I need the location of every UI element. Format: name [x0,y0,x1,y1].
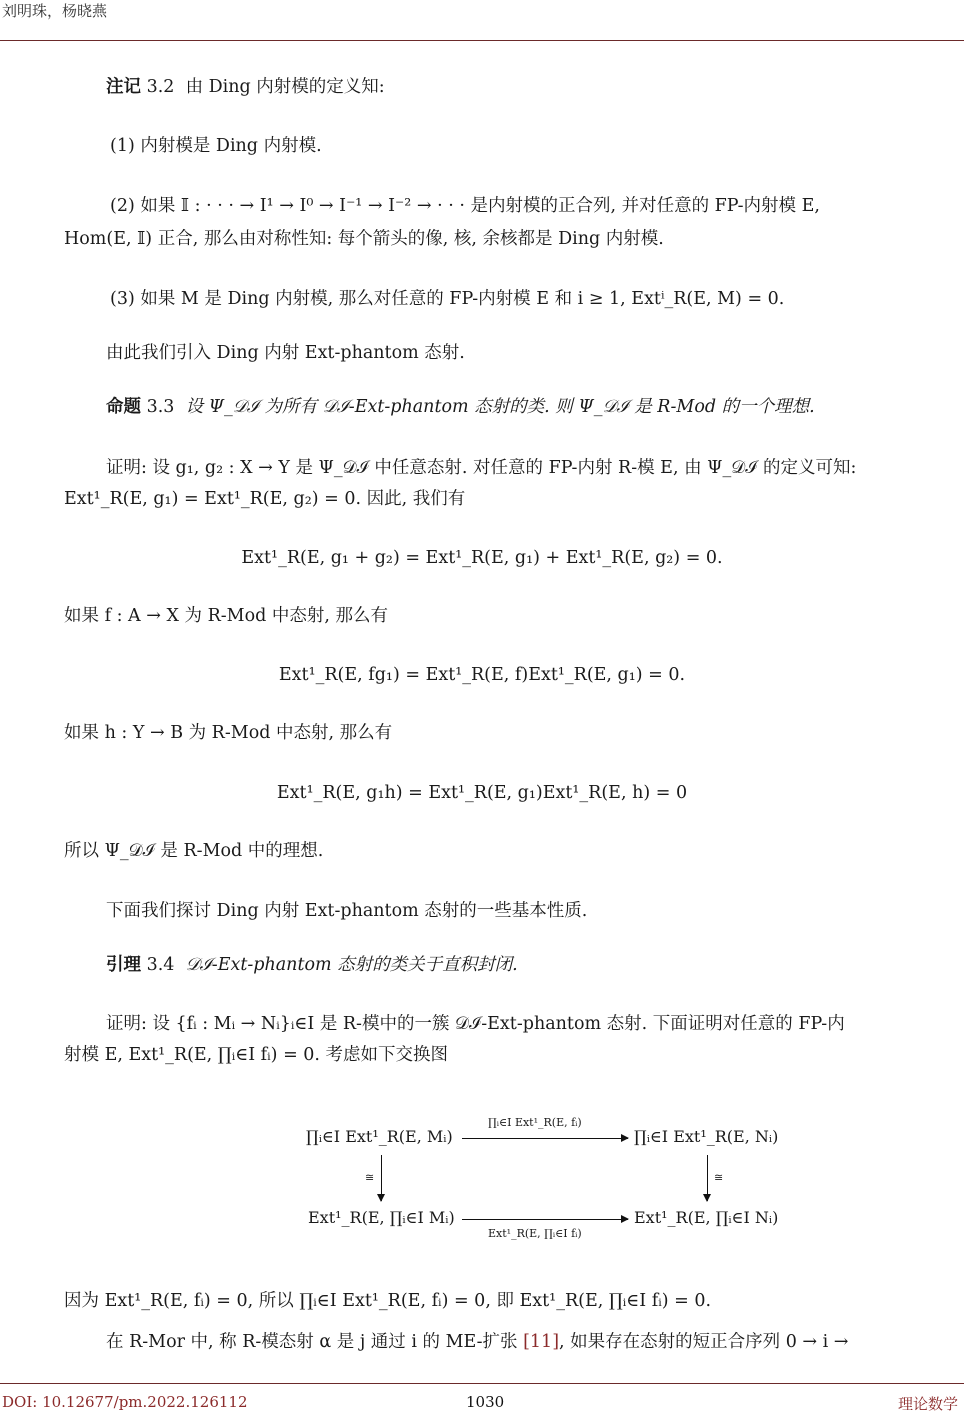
equation-left-composition: Ext¹_R(E, fg₁) = Ext¹_R(E, f)Ext¹_R(E, g… [0,662,964,688]
remark-number: 3.2 [147,77,175,97]
diagram-bottom-arrow-label: Ext¹_R(E, ∏ᵢ∈I fᵢ) [488,1227,582,1240]
lemma-number: 3.4 [147,955,175,975]
proof-2-conclusion: 因为 Ext¹_R(E, fᵢ) = 0, 所以 ∏ᵢ∈I Ext¹_R(E, … [64,1288,711,1314]
proof-2-line-1: 证明: 设 {fᵢ : Mᵢ → Nᵢ}ᵢ∈I 是 R-模中的一簇 𝒟ℐ-Ext… [106,1011,845,1037]
proposition-label: 命题 [106,397,141,417]
diagram-right-arrow [707,1155,708,1201]
proposition-number: 3.3 [147,397,175,417]
diagram-left-arrow [381,1155,382,1201]
footer-rule [0,1383,964,1384]
last-paragraph-text-2: , 如果存在态射的短正合序列 0 → i → [559,1332,848,1352]
last-paragraph-text-1: 在 R-Mor 中, 称 R-模态射 α 是 j 通过 i 的 ME-扩张 [106,1332,523,1352]
remark-label: 注记 [106,77,141,97]
diagram-top-left: ∏ᵢ∈I Ext¹_R(E, Mᵢ) [306,1127,453,1146]
remark-item-2-line-2: Hom(E, 𝕀) 正合, 那么由对称性知: 每个箭头的像, 核, 余核都是 D… [64,226,664,252]
header-rule [0,40,964,41]
intro-paragraph: 由此我们引入 Ding 内射 Ext-phantom 态射. [106,340,465,366]
proof-1-line-1: 证明: 设 g₁, g₂ : X → Y 是 Ψ_𝒟ℐ 中任意态射. 对任意的 … [106,455,856,481]
remark-item-1: (1) 内射模是 Ding 内射模. [110,133,322,159]
diagram-top-arrow-label: ∏ᵢ∈I Ext¹_R(E, fᵢ) [488,1116,582,1129]
footer-page-number: 1030 [466,1393,504,1411]
lemma-3-4: 引理 3.4 𝒟ℐ-Ext-phantom 态射的类关于直积封闭. [106,952,518,978]
discussion-paragraph: 下面我们探讨 Ding 内射 Ext-phantom 态射的一些基本性质. [106,898,587,924]
proof-1-text-f: 如果 f : A → X 为 R-Mod 中态射, 那么有 [64,603,388,629]
remark-intro: 由 Ding 内射模的定义知: [186,77,385,97]
diagram-top-arrow [462,1138,628,1139]
lemma-label: 引理 [106,955,141,975]
remark-3-2-heading: 注记 3.2 由 Ding 内射模的定义知: [106,74,385,100]
proposition-3-3: 命题 3.3 设 Ψ_𝒟ℐ 为所有 𝒟ℐ-Ext-phantom 态射的类. 则… [106,394,815,420]
diagram-bottom-arrow [462,1219,628,1220]
equation-sum: Ext¹_R(E, g₁ + g₂) = Ext¹_R(E, g₁) + Ext… [0,545,964,571]
footer-journal-name: 理论数学 [898,1393,958,1414]
citation-link-11[interactable]: [11] [523,1332,559,1352]
diagram-left-iso-label: ≅ [365,1171,374,1184]
last-paragraph: 在 R-Mor 中, 称 R-模态射 α 是 j 通过 i 的 ME-扩张 [1… [106,1329,848,1355]
proof-1-line-2: Ext¹_R(E, g₁) = Ext¹_R(E, g₂) = 0. 因此, 我… [64,486,465,512]
remark-item-2-line-1: (2) 如果 𝕀 : · · · → I¹ → I⁰ → I⁻¹ → I⁻² →… [110,193,820,219]
diagram-bottom-right: Ext¹_R(E, ∏ᵢ∈I Nᵢ) [634,1208,778,1227]
equation-right-composition: Ext¹_R(E, g₁h) = Ext¹_R(E, g₁)Ext¹_R(E, … [0,780,964,806]
remark-item-3: (3) 如果 M 是 Ding 内射模, 那么对任意的 FP-内射模 E 和 i… [110,286,784,312]
running-header-authors: 刘明珠，杨晓燕 [2,0,107,21]
diagram-right-iso-label: ≅ [714,1171,723,1184]
proof-1-text-h: 如果 h : Y → B 为 R-Mod 中态射, 那么有 [64,720,392,746]
proof-2-line-2: 射模 E, Ext¹_R(E, ∏ᵢ∈I fᵢ) = 0. 考虑如下交换图 [64,1042,448,1068]
lemma-text: 𝒟ℐ-Ext-phantom 态射的类关于直积封闭. [186,955,518,975]
diagram-top-right: ∏ᵢ∈I Ext¹_R(E, Nᵢ) [634,1127,778,1146]
footer-doi-link[interactable]: DOI: 10.12677/pm.2022.126112 [2,1393,248,1411]
proposition-text: 设 Ψ_𝒟ℐ 为所有 𝒟ℐ-Ext-phantom 态射的类. 则 Ψ_𝒟ℐ 是… [186,397,815,417]
proof-1-conclusion: 所以 Ψ_𝒟ℐ 是 R-Mod 中的理想. [64,838,323,864]
diagram-bottom-left: Ext¹_R(E, ∏ᵢ∈I Mᵢ) [308,1208,455,1227]
